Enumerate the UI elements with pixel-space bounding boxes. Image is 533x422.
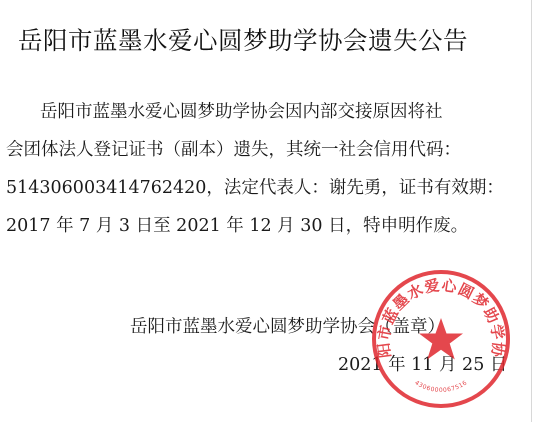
body-line-4: 2017 年 7 月 3 日至 2021 年 12 月 30 日，特申明作废。	[6, 207, 526, 245]
stamp-number: 4306000067516	[413, 379, 468, 394]
official-seal-stamp: 岳阳市蓝墨水爱心圆梦助学协会 4306000067516	[370, 268, 512, 410]
body-line-3: 51430600341476242​0，法定代表人：谢先勇，证书有效期：	[6, 169, 526, 207]
star-icon	[419, 318, 463, 360]
svg-text:4306000067516: 4306000067516	[413, 379, 468, 394]
body-line-2: 会团体法人登记证书（副本）遗失，其统一社会信用代码：	[6, 131, 526, 169]
body-line-1: 岳阳市蓝墨水爱心圆梦助学协会因内部交接原因将社	[6, 93, 526, 131]
page-edge-divider	[531, 0, 532, 422]
notice-body: 岳阳市蓝墨水爱心圆梦助学协会因内部交接原因将社 会团体法人登记证书（副本）遗失，…	[6, 93, 526, 245]
notice-title: 岳阳市蓝墨水爱心圆梦助学协会遗失公告	[18, 22, 468, 57]
